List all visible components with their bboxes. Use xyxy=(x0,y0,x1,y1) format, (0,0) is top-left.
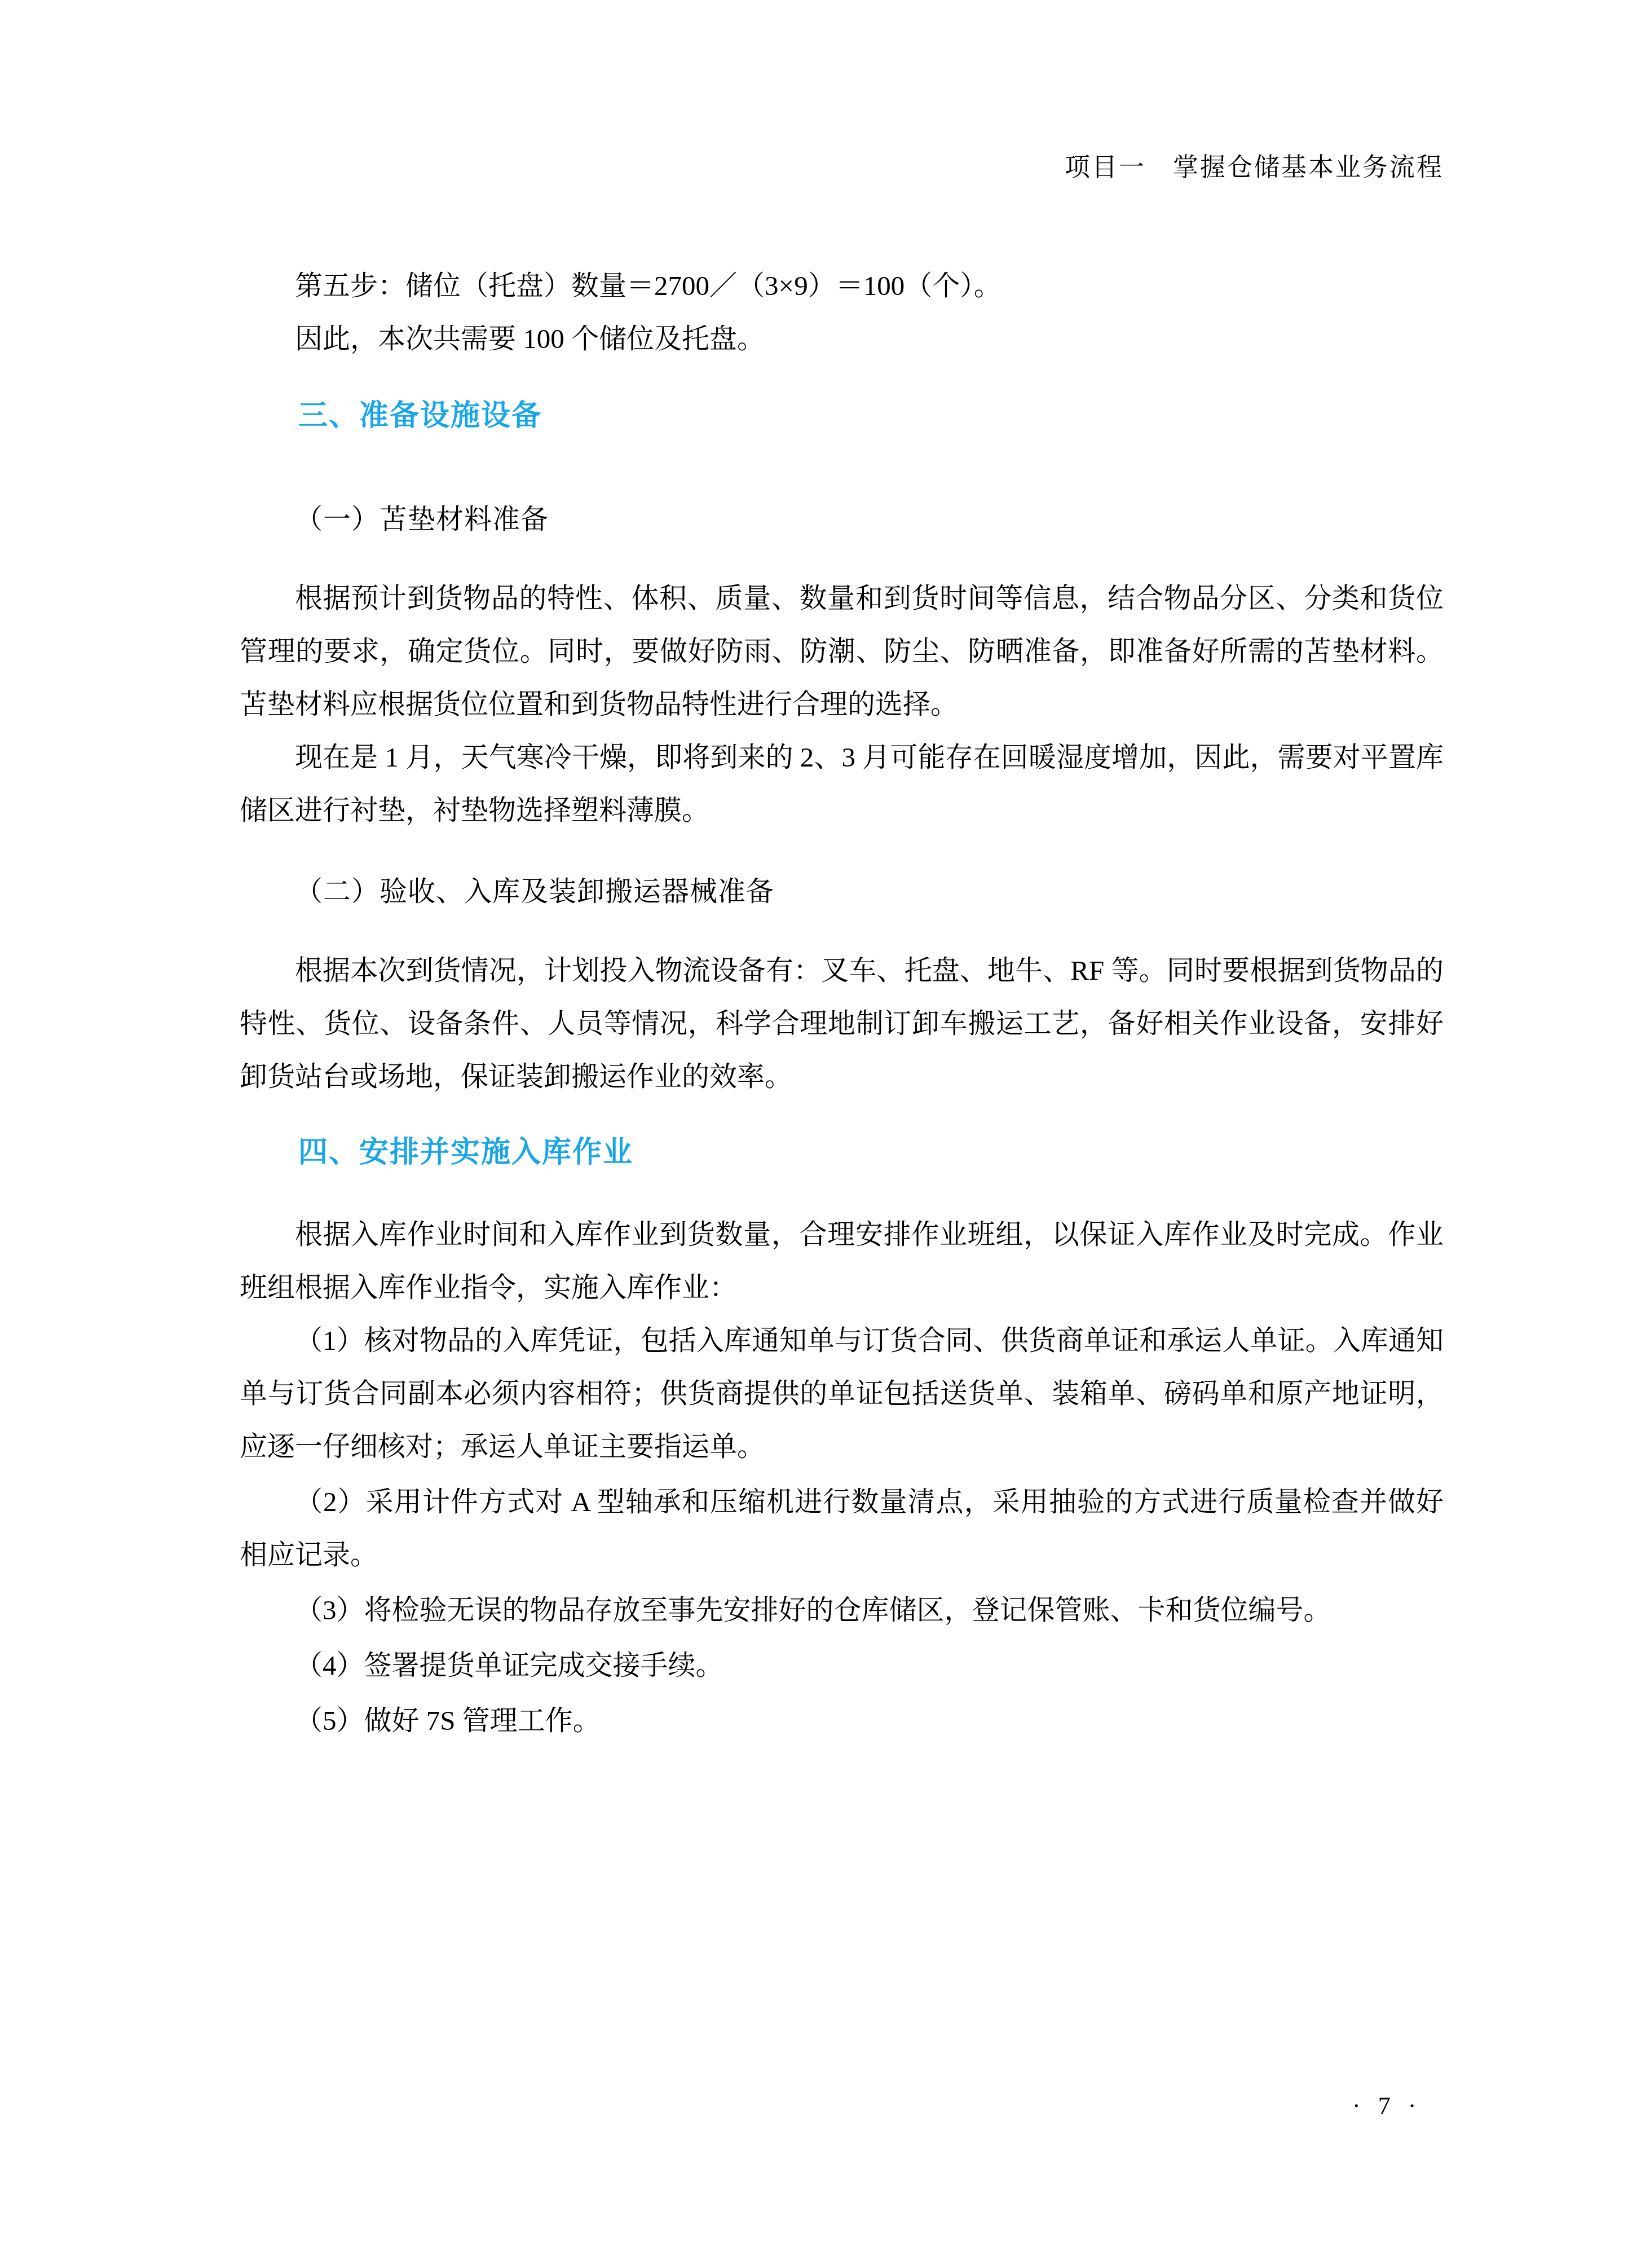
body-paragraph: 现在是 1 月，天气寒冷干燥，即将到来的 2、3 月可能存在回暖湿度增加，因此，… xyxy=(240,731,1444,837)
list-item-4: （4）签署提货单证完成交接手续。 xyxy=(240,1639,1444,1692)
document-page: 项目一 掌握仓储基本业务流程 第五步：储位（托盘）数量＝2700／（3×9）＝1… xyxy=(0,0,1628,2268)
list-item-2: （2）采用计件方式对 A 型轴承和压缩机进行数量清点，采用抽验的方式进行质量检查… xyxy=(240,1476,1444,1582)
body-paragraph: 根据预计到货物品的特性、体积、质量、数量和到货时间等信息，结合物品分区、分类和货… xyxy=(240,572,1444,731)
body-paragraph: 根据入库作业时间和入库作业到货数量，合理安排作业班组，以保证入库作业及时完成。作… xyxy=(240,1208,1444,1314)
page-number: · 7 · xyxy=(1352,2094,1422,2119)
body-paragraph-step5: 第五步：储位（托盘）数量＝2700／（3×9）＝100（个）。 xyxy=(240,259,1444,312)
subsection-heading-1: （一）苫垫材料准备 xyxy=(240,493,1444,546)
list-item-3: （3）将检验无误的物品存放至事先安排好的仓库储区，登记保管账、卡和货位编号。 xyxy=(240,1584,1444,1637)
section-heading-4: 四、安排并实施入库作业 xyxy=(240,1126,1444,1179)
body-paragraph: 根据本次到货情况，计划投入物流设备有：叉车、托盘、地牛、RF 等。同时要根据到货… xyxy=(240,944,1444,1103)
body-paragraph-conclusion: 因此，本次共需要 100 个储位及托盘。 xyxy=(240,312,1444,365)
subsection-heading-2: （二）验收、入库及装卸搬运器械准备 xyxy=(240,865,1444,918)
section-heading-3: 三、准备设施设备 xyxy=(240,389,1444,442)
list-item-1: （1）核对物品的入库凭证，包括入库通知单与订货合同、供货商单证和承运人单证。入库… xyxy=(240,1314,1444,1473)
list-item-5: （5）做好 7S 管理工作。 xyxy=(240,1694,1444,1747)
page-content: 第五步：储位（托盘）数量＝2700／（3×9）＝100（个）。 因此，本次共需要… xyxy=(240,0,1444,1747)
